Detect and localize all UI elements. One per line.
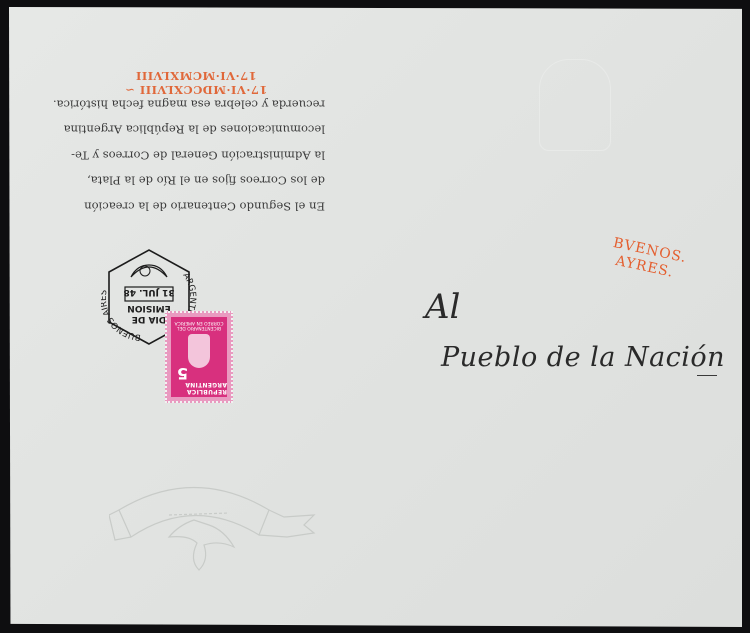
paragraph-line: la Administración General de Correos y T… — [77, 142, 325, 168]
embossed-monogram — [539, 59, 611, 151]
embossed-eagle-ribbon — [109, 465, 339, 590]
address-line1: Al — [425, 287, 460, 327]
paragraph-line: recuerda y celebra esa magna fecha histó… — [77, 91, 325, 117]
stamp-caption: BICENTENARIO DEL CORREO EN AMERICA — [171, 320, 227, 330]
stamp-denomination: 5 — [177, 364, 188, 383]
postage-stamp: REPUBLICA ARGENTINA 5 BICENTENARIO DEL C… — [165, 311, 233, 403]
postilion-figure-icon — [188, 335, 210, 369]
cancel-line1: DIA DE — [132, 314, 167, 324]
cancel-date: 31 JUL. 48 — [123, 287, 174, 297]
paragraph-line: En el Segundo Centenario de la creación — [77, 193, 325, 219]
eagle-ribbon-emblem-icon — [109, 465, 339, 590]
commemorative-sheet: 17·VI·MDCCXLVIII ∽ 17·VI·MCMXLVIII En el… — [9, 7, 742, 627]
commemorative-paragraph: En el Segundo Centenario de la creación … — [77, 91, 325, 219]
paragraph-line: de los Correos fijos en el Río de la Pla… — [77, 168, 325, 194]
address-line2: Pueblo de la Nación — [441, 342, 725, 373]
buenos-ayres-handstamp: BVENOS. AYRES. — [608, 235, 688, 284]
stamp-country: REPUBLICA ARGENTINA — [171, 381, 227, 395]
address-flourish — [697, 375, 717, 376]
paragraph-line: lecomunicaciones de la República Argenti… — [77, 117, 325, 143]
